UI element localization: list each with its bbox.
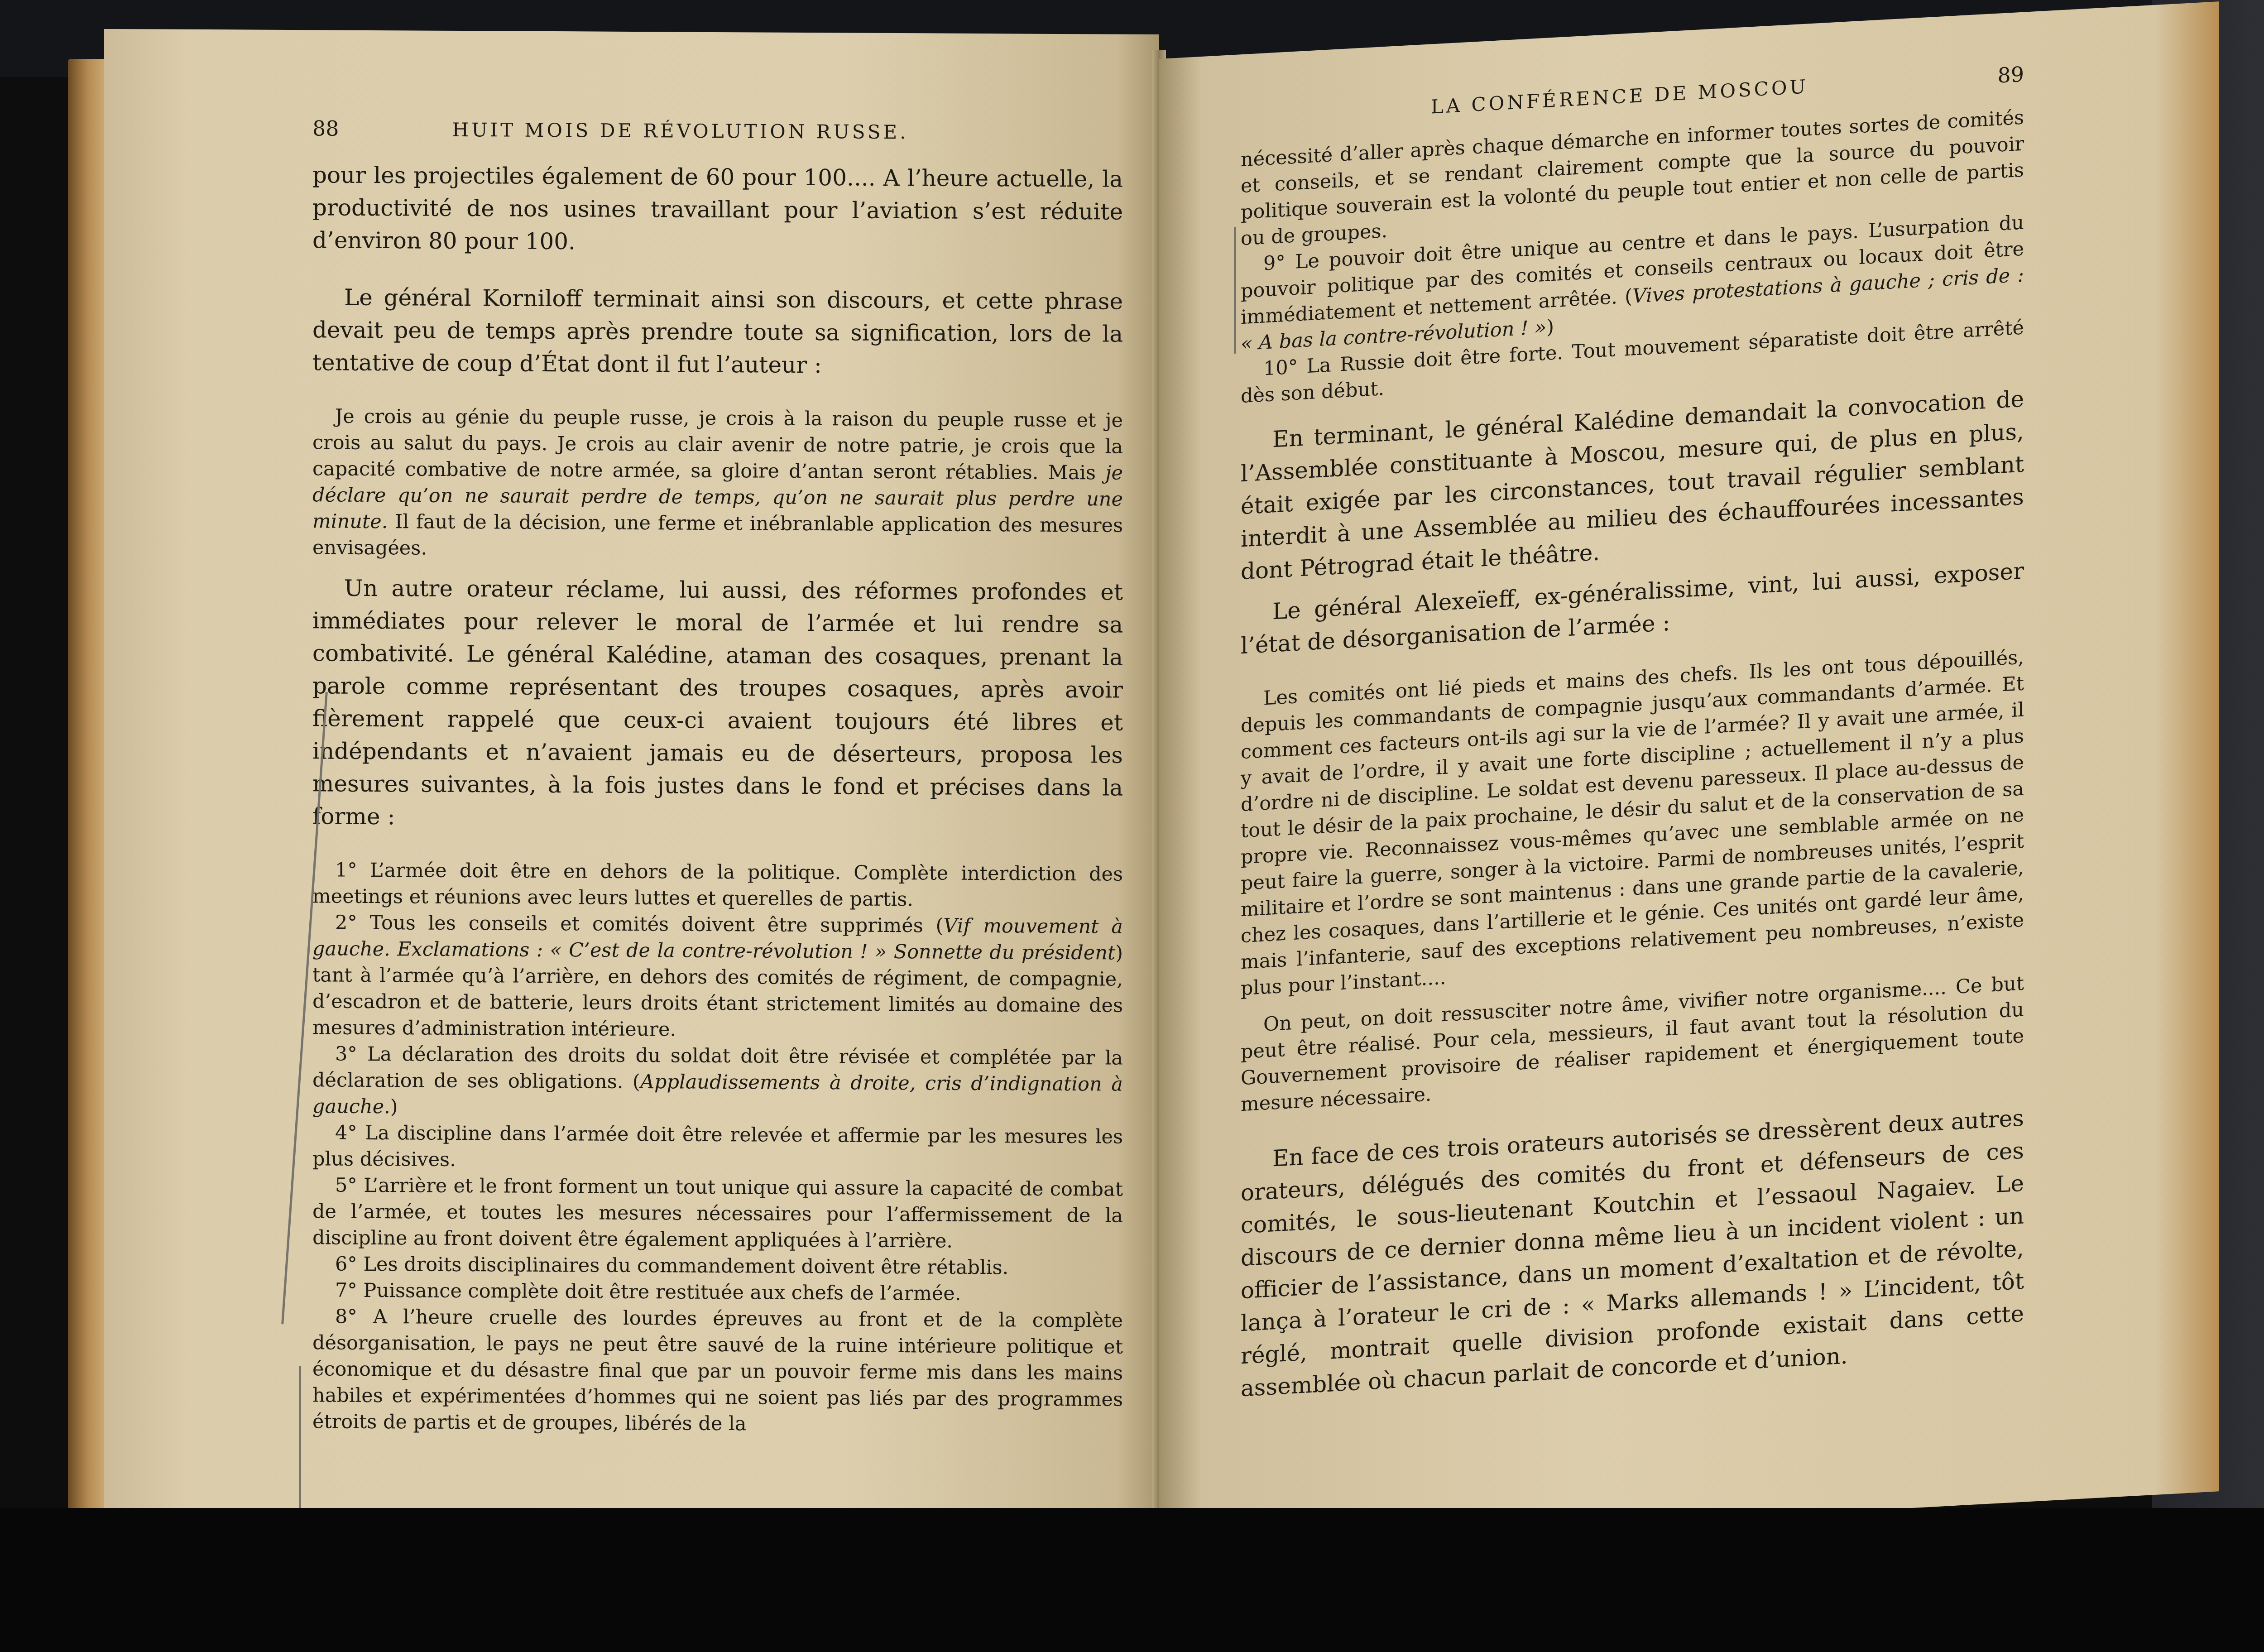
running-head: 88 HUIT MOIS DE RÉVOLUTION RUSSE.: [312, 116, 1123, 144]
running-head-title: HUIT MOIS DE RÉVOLUTION RUSSE.: [452, 119, 909, 143]
quotation: Je crois au génie du peuple russe, je cr…: [312, 403, 1123, 565]
left-page: 88 HUIT MOIS DE RÉVOLUTION RUSSE. pour l…: [104, 29, 1159, 1524]
paragraph: En face de ces trois orateurs autorisés …: [1241, 1102, 2024, 1405]
list-item: 4° La discipline dans l’armée doit être …: [312, 1119, 1123, 1176]
list-item: 5° L’arrière et le front forment un tout…: [312, 1172, 1123, 1255]
list-item: 7° Puissance complète doit être restitué…: [312, 1277, 1123, 1307]
page-number: 89: [1997, 62, 2024, 88]
paragraph: pour les projectiles également de 60 pou…: [312, 158, 1123, 260]
left-page-content: 88 HUIT MOIS DE RÉVOLUTION RUSSE. pour l…: [312, 116, 1123, 1439]
paragraph: Un autre orateur réclame, lui aussi, des…: [312, 571, 1123, 836]
list-item: 1° L’armée doit être en dehors de la pol…: [312, 857, 1123, 913]
list-item: 3° La déclaration des droits du soldat d…: [312, 1041, 1123, 1124]
running-head-title: LA CONFÉRENCE DE MOSCOU: [1431, 75, 1808, 118]
list-item: 8° A l’heure cruelle des lourdes épreuve…: [312, 1303, 1123, 1439]
pencil-margin-mark: [1234, 227, 1236, 354]
right-page-content: LA CONFÉRENCE DE MOSCOU 89 nécessité d’a…: [1241, 62, 2024, 1414]
paragraph: Le général Korniloff terminait ainsi son…: [312, 281, 1123, 383]
list-item: 2° Tous les conseils et comités doivent …: [312, 909, 1123, 1045]
open-book: 88 HUIT MOIS DE RÉVOLUTION RUSSE. pour l…: [68, 32, 2160, 1522]
foreground-shadow: [0, 1508, 2264, 1652]
right-page: LA CONFÉRENCE DE MOSCOU 89 nécessité d’a…: [1159, 1, 2219, 1549]
quotation: Les comités ont lié pieds et mains des c…: [1241, 644, 2024, 1002]
page-number: 88: [312, 116, 339, 140]
list-item: 6° Les droits disciplinaires du commande…: [312, 1251, 1123, 1281]
